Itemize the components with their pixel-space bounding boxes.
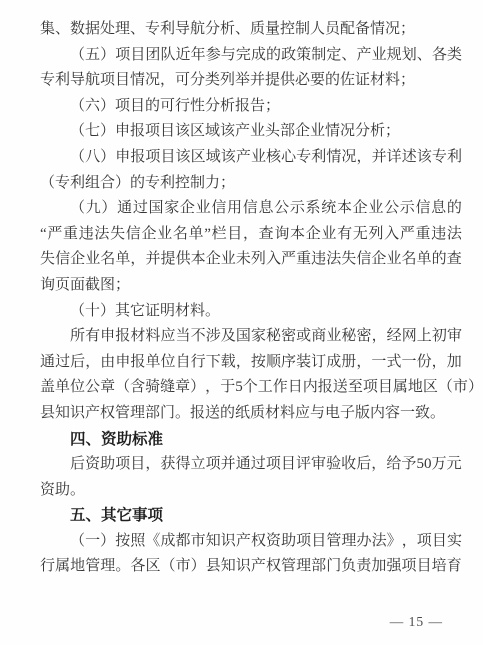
text-line: 行属地管理。各区（市）县知识产权管理部门负责加强项目培育 [40,554,462,580]
text-line: （专利组合）的专利控制力； [40,171,462,197]
text-line: （五）项目团队近年参与完成的政策制定、产业规划、各类 [40,43,462,69]
text-line: （九）通过国家企业信用信息公示系统本企业公示信息的 [40,196,462,222]
text-line: （六）项目的可行性分析报告； [40,94,462,120]
text-line: “严重违法失信企业名单”栏目，查询本企业有无列入严重违法 [40,222,462,248]
text-line: 所有申报材料应当不涉及国家秘密或商业秘密，经网上初审 [40,324,462,350]
text-line: 专利导航项目情况，可分类列举并提供必要的佐证材料； [40,68,462,94]
text-line: 资助。 [40,478,462,504]
text-line: （一）按照《成都市知识产权资助项目管理办法》，项目实 [40,529,462,555]
text-line: 失信企业名单，并提供本企业未列入严重违法失信企业名单的查 [40,247,462,273]
text-line: 县知识产权管理部门。报送的纸质材料应与电子版内容一致。 [40,401,462,427]
section-heading: 五、其它事项 [40,503,462,529]
text-line: 通过后，由申报单位自行下载，按顺序装订成册，一式一份，加 [40,350,462,376]
text-line: （八）申报项目该区域该产业核心专利情况，并详述该专利 [40,145,462,171]
text-line: （七）申报项目该区域该产业头部企业情况分析； [40,119,462,145]
text-line: 询页面截图； [40,273,462,299]
document-page: 集、数据处理、专利导航分析、质量控制人员配备情况；（五）项目团队近年参与完成的政… [0,0,483,645]
text-line: 集、数据处理、专利导航分析、质量控制人员配备情况； [40,17,462,43]
page-number: — 15 — [390,612,443,632]
text-lines: 集、数据处理、专利导航分析、质量控制人员配备情况；（五）项目团队近年参与完成的政… [40,17,462,580]
text-line: （十）其它证明材料。 [40,299,462,325]
text-line: 后资助项目，获得立项并通过项目评审验收后，给予50万元 [40,452,462,478]
text-line: 盖单位公章（含骑缝章），于5个工作日内报送至项目属地区（市） [40,375,462,401]
section-heading: 四、资助标准 [40,427,462,453]
